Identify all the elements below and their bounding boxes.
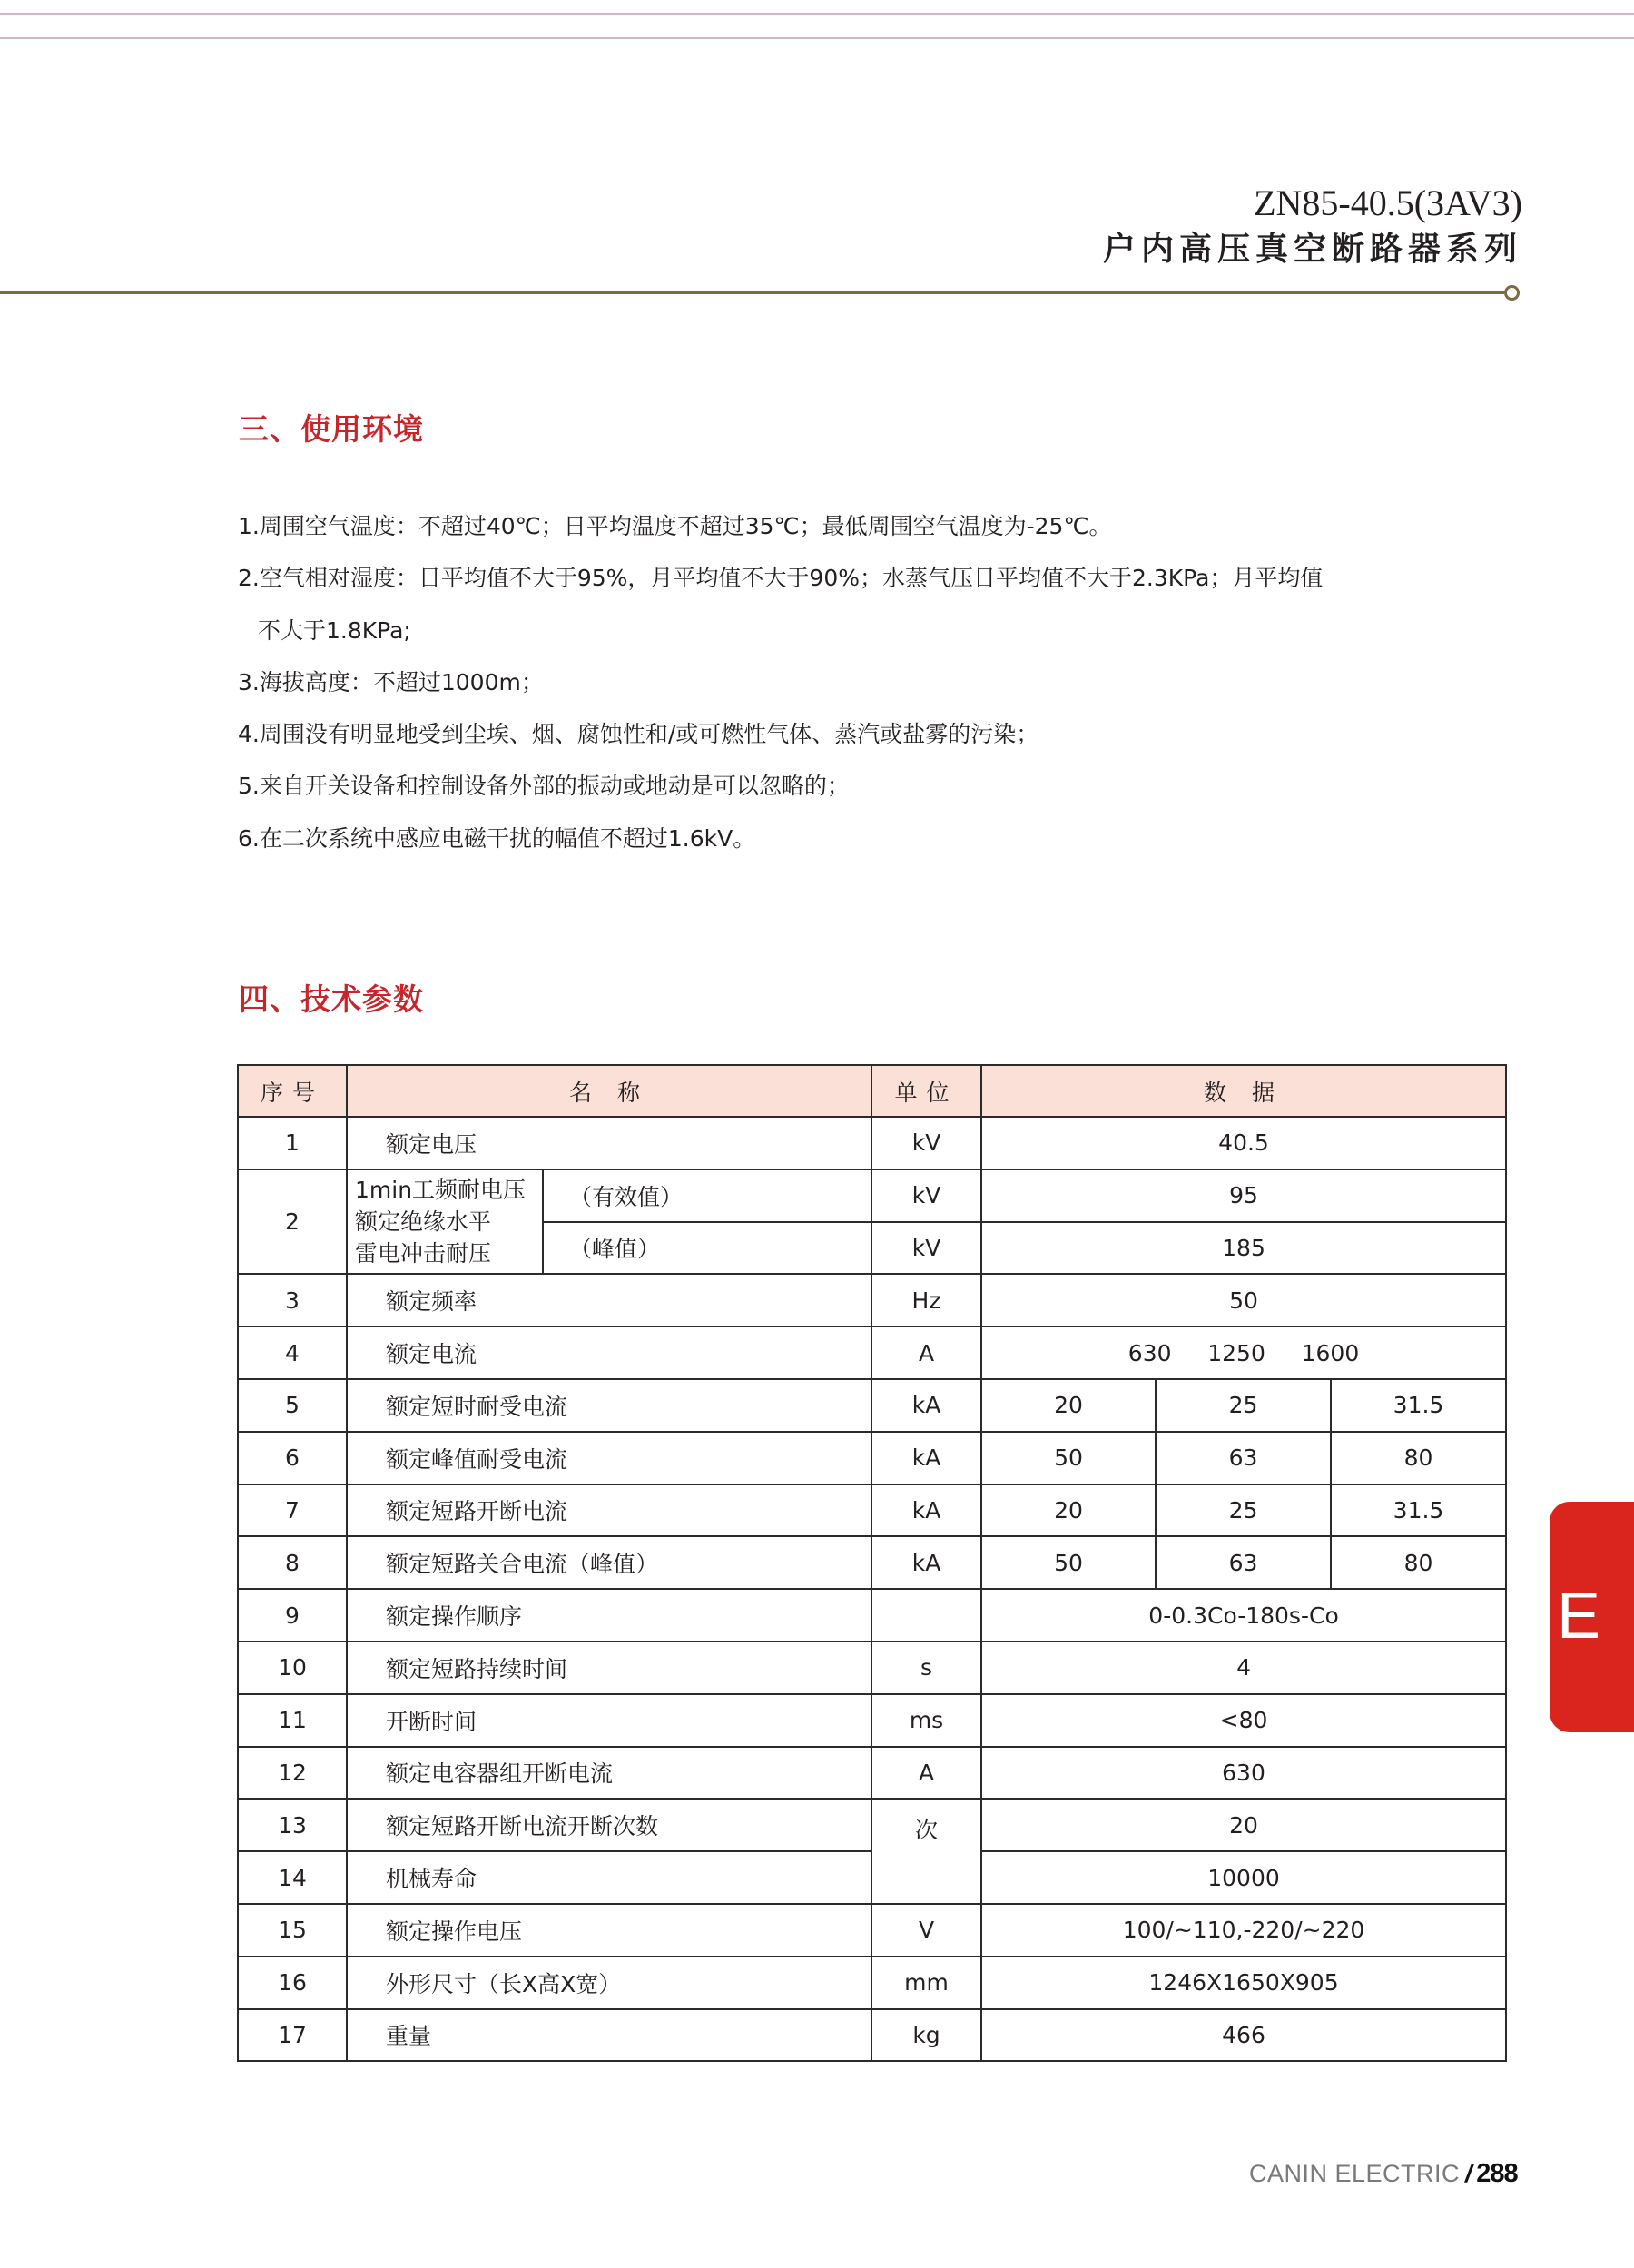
- row-unit: [871, 1589, 981, 1642]
- row-unit: kA: [871, 1484, 981, 1537]
- series-title: 户内高压真空断路器系列: [1103, 223, 1522, 270]
- row-name-line-1: 1min工频耐电压: [355, 1174, 542, 1206]
- row-no: 1: [238, 1117, 347, 1169]
- row-unit: kV: [871, 1222, 981, 1275]
- table-row: 12 额定电容器组开断电流 A 630: [238, 1747, 1506, 1800]
- header-name: 名 称: [347, 1065, 871, 1117]
- row-unit: kV: [871, 1169, 981, 1222]
- row-name-multiline: 1min工频耐电压 额定绝缘水平 雷电冲击耐压: [347, 1169, 543, 1275]
- section-title-environment: 三、使用环境: [239, 406, 424, 449]
- row-name: 额定频率: [347, 1274, 871, 1326]
- row-unit: ms: [871, 1694, 981, 1747]
- row-unit: mm: [871, 1957, 981, 2009]
- row-value-1: 20: [981, 1484, 1156, 1537]
- row-value: 630: [981, 1747, 1506, 1800]
- row-name: 额定电流: [347, 1326, 871, 1379]
- row-value: 4: [981, 1642, 1506, 1694]
- tech-params-table: 序号 名 称 单位 数 据 1 额定电压 kV 40.5 2 1min工频耐电压…: [237, 1064, 1507, 2062]
- row-value: 40.5: [981, 1117, 1506, 1169]
- row-name: 额定短路关合电流（峰值）: [347, 1536, 871, 1589]
- table-row: 3 额定频率 Hz 50: [238, 1274, 1506, 1326]
- row-name: 开断时间: [347, 1694, 871, 1747]
- row-no: 5: [238, 1379, 347, 1432]
- row-no: 14: [238, 1851, 347, 1904]
- section-tab-letter: E: [1557, 1580, 1600, 1652]
- env-item-1: 1.周围空气温度：不超过40℃；日平均温度不超过35℃；最低周围空气温度为-25…: [238, 500, 1509, 552]
- table-header-row: 序号 名 称 单位 数 据: [238, 1065, 1506, 1117]
- row-no: 17: [238, 2009, 347, 2062]
- top-rule-1: [0, 13, 1634, 15]
- row-no: 8: [238, 1536, 347, 1589]
- row-name-line-2: 额定绝缘水平: [355, 1206, 542, 1238]
- footer-brand: CANIN ELECTRIC: [1249, 2160, 1460, 2187]
- row-value: 466: [981, 2009, 1506, 2062]
- table-row: 16 外形尺寸（长X高X宽） mm 1246X1650X905: [238, 1957, 1506, 2009]
- row-name: 机械寿命: [347, 1851, 871, 1904]
- row-no: 12: [238, 1747, 347, 1800]
- row-no: 7: [238, 1484, 347, 1537]
- table-row: 13 额定短路开断电流开断次数 次 20: [238, 1799, 1506, 1851]
- section-title-tech-params: 四、技术参数: [239, 976, 424, 1019]
- row-no: 13: [238, 1799, 347, 1851]
- row-unit: V: [871, 1904, 981, 1957]
- row-value: 10000: [981, 1851, 1506, 1904]
- row-name-line-3: 雷电冲击耐压: [355, 1238, 542, 1269]
- row-name: 额定短路开断电流开断次数: [347, 1799, 871, 1851]
- table-row: 7 额定短路开断电流 kA 20 25 31.5: [238, 1484, 1506, 1537]
- header-no: 序号: [238, 1065, 347, 1117]
- row-no: 6: [238, 1432, 347, 1484]
- section-tab-e: E: [1550, 1502, 1634, 1732]
- table-row: 1 额定电压 kV 40.5: [238, 1117, 1506, 1169]
- table-row: 4 额定电流 A 630 1250 1600: [238, 1326, 1506, 1379]
- row-unit: s: [871, 1642, 981, 1694]
- row-name: 重量: [347, 2009, 871, 2062]
- row-value-2: 25: [1156, 1484, 1331, 1537]
- page-number: 288: [1476, 2159, 1517, 2188]
- row-name: 额定操作顺序: [347, 1589, 871, 1642]
- row-unit: kA: [871, 1536, 981, 1589]
- row-value-3: 80: [1331, 1536, 1506, 1589]
- table-row: 11 开断时间 ms <80: [238, 1694, 1506, 1747]
- top-rule-2: [0, 37, 1634, 39]
- env-item-5: 5.来自开关设备和控制设备外部的振动或地动是可以忽略的；: [238, 760, 1509, 812]
- row-value-2: 63: [1156, 1536, 1331, 1589]
- header-divider-circle-icon: [1504, 285, 1520, 301]
- row-unit: A: [871, 1326, 981, 1379]
- row-name: 额定短路开断电流: [347, 1484, 871, 1537]
- row-unit: Hz: [871, 1274, 981, 1326]
- row-name: 额定短路持续时间: [347, 1642, 871, 1694]
- header-data: 数 据: [981, 1065, 1506, 1117]
- table-row: 10 额定短路持续时间 s 4: [238, 1642, 1506, 1694]
- row-value: 100/~110,-220/~220: [981, 1904, 1506, 1957]
- row-sub-label: （有效值）: [543, 1169, 871, 1222]
- row-no: 3: [238, 1274, 347, 1326]
- env-item-3: 3.海拔高度：不超过1000m；: [238, 656, 1509, 708]
- row-value: 185: [981, 1222, 1506, 1275]
- row-unit: kg: [871, 2009, 981, 2062]
- footer-slash: /: [1465, 2159, 1472, 2187]
- table-row: 15 额定操作电压 V 100/~110,-220/~220: [238, 1904, 1506, 1957]
- row-value: <80: [981, 1694, 1506, 1747]
- table-row: 8 额定短路关合电流（峰值） kA 50 63 80: [238, 1536, 1506, 1589]
- table-row: 6 额定峰值耐受电流 kA 50 63 80: [238, 1432, 1506, 1484]
- row-value-1: 50: [981, 1432, 1156, 1484]
- row-value-3: 80: [1331, 1432, 1506, 1484]
- row-name: 额定操作电压: [347, 1904, 871, 1957]
- env-item-6: 6.在二次系统中感应电磁干扰的幅值不超过1.6kV。: [238, 813, 1509, 864]
- header-divider: [0, 291, 1504, 294]
- row-no: 2: [238, 1169, 347, 1275]
- row-unit: A: [871, 1747, 981, 1800]
- row-value: 95: [981, 1169, 1506, 1222]
- row-no: 15: [238, 1904, 347, 1957]
- table-row: 5 额定短时耐受电流 kA 20 25 31.5: [238, 1379, 1506, 1432]
- row-value: 0-0.3Co-180s-Co: [981, 1589, 1506, 1642]
- row-value-2: 25: [1156, 1379, 1331, 1432]
- row-value-3: 31.5: [1331, 1484, 1506, 1537]
- row-value: 1246X1650X905: [981, 1957, 1506, 2009]
- row-value: 20: [981, 1799, 1506, 1851]
- row-sub-label: （峰值）: [543, 1222, 871, 1275]
- row-unit: kA: [871, 1432, 981, 1484]
- row-value-1: 20: [981, 1379, 1156, 1432]
- row-no: 11: [238, 1694, 347, 1747]
- table-row: 9 额定操作顺序 0-0.3Co-180s-Co: [238, 1589, 1506, 1642]
- table-row: 17 重量 kg 466: [238, 2009, 1506, 2062]
- row-no: 9: [238, 1589, 347, 1642]
- row-value-2: 63: [1156, 1432, 1331, 1484]
- environment-list: 1.周围空气温度：不超过40℃；日平均温度不超过35℃；最低周围空气温度为-25…: [238, 500, 1509, 864]
- model-number: ZN85-40.5(3AV3): [1254, 182, 1522, 224]
- env-item-2: 2.空气相对湿度：日平均值不大于95%，月平均值不大于90%；水蒸气压日平均值不…: [238, 552, 1509, 604]
- row-name: 额定电容器组开断电流: [347, 1747, 871, 1800]
- table-row: 2 1min工频耐电压 额定绝缘水平 雷电冲击耐压 （有效值） kV 95: [238, 1169, 1506, 1222]
- row-no: 4: [238, 1326, 347, 1379]
- row-name: 额定短时耐受电流: [347, 1379, 871, 1432]
- footer: CANIN ELECTRIC/ 288: [1249, 2159, 1518, 2189]
- row-name: 外形尺寸（长X高X宽）: [347, 1957, 871, 2009]
- row-unit: kA: [871, 1379, 981, 1432]
- row-value: 50: [981, 1274, 1506, 1326]
- env-item-2-continued: 不大于1.8KPa;: [238, 605, 1509, 656]
- row-no: 16: [238, 1957, 347, 2009]
- row-value-3: 31.5: [1331, 1379, 1506, 1432]
- row-unit: kV: [871, 1117, 981, 1169]
- row-name: 额定电压: [347, 1117, 871, 1169]
- env-item-4: 4.周围没有明显地受到尘埃、烟、腐蚀性和/或可燃性气体、蒸汽或盐雾的污染；: [238, 708, 1509, 760]
- row-name: 额定峰值耐受电流: [347, 1432, 871, 1484]
- row-unit-merged: 次: [871, 1799, 981, 1904]
- row-no: 10: [238, 1642, 347, 1694]
- row-value-1: 50: [981, 1536, 1156, 1589]
- header-unit: 单位: [871, 1065, 981, 1117]
- row-value: 630 1250 1600: [981, 1326, 1506, 1379]
